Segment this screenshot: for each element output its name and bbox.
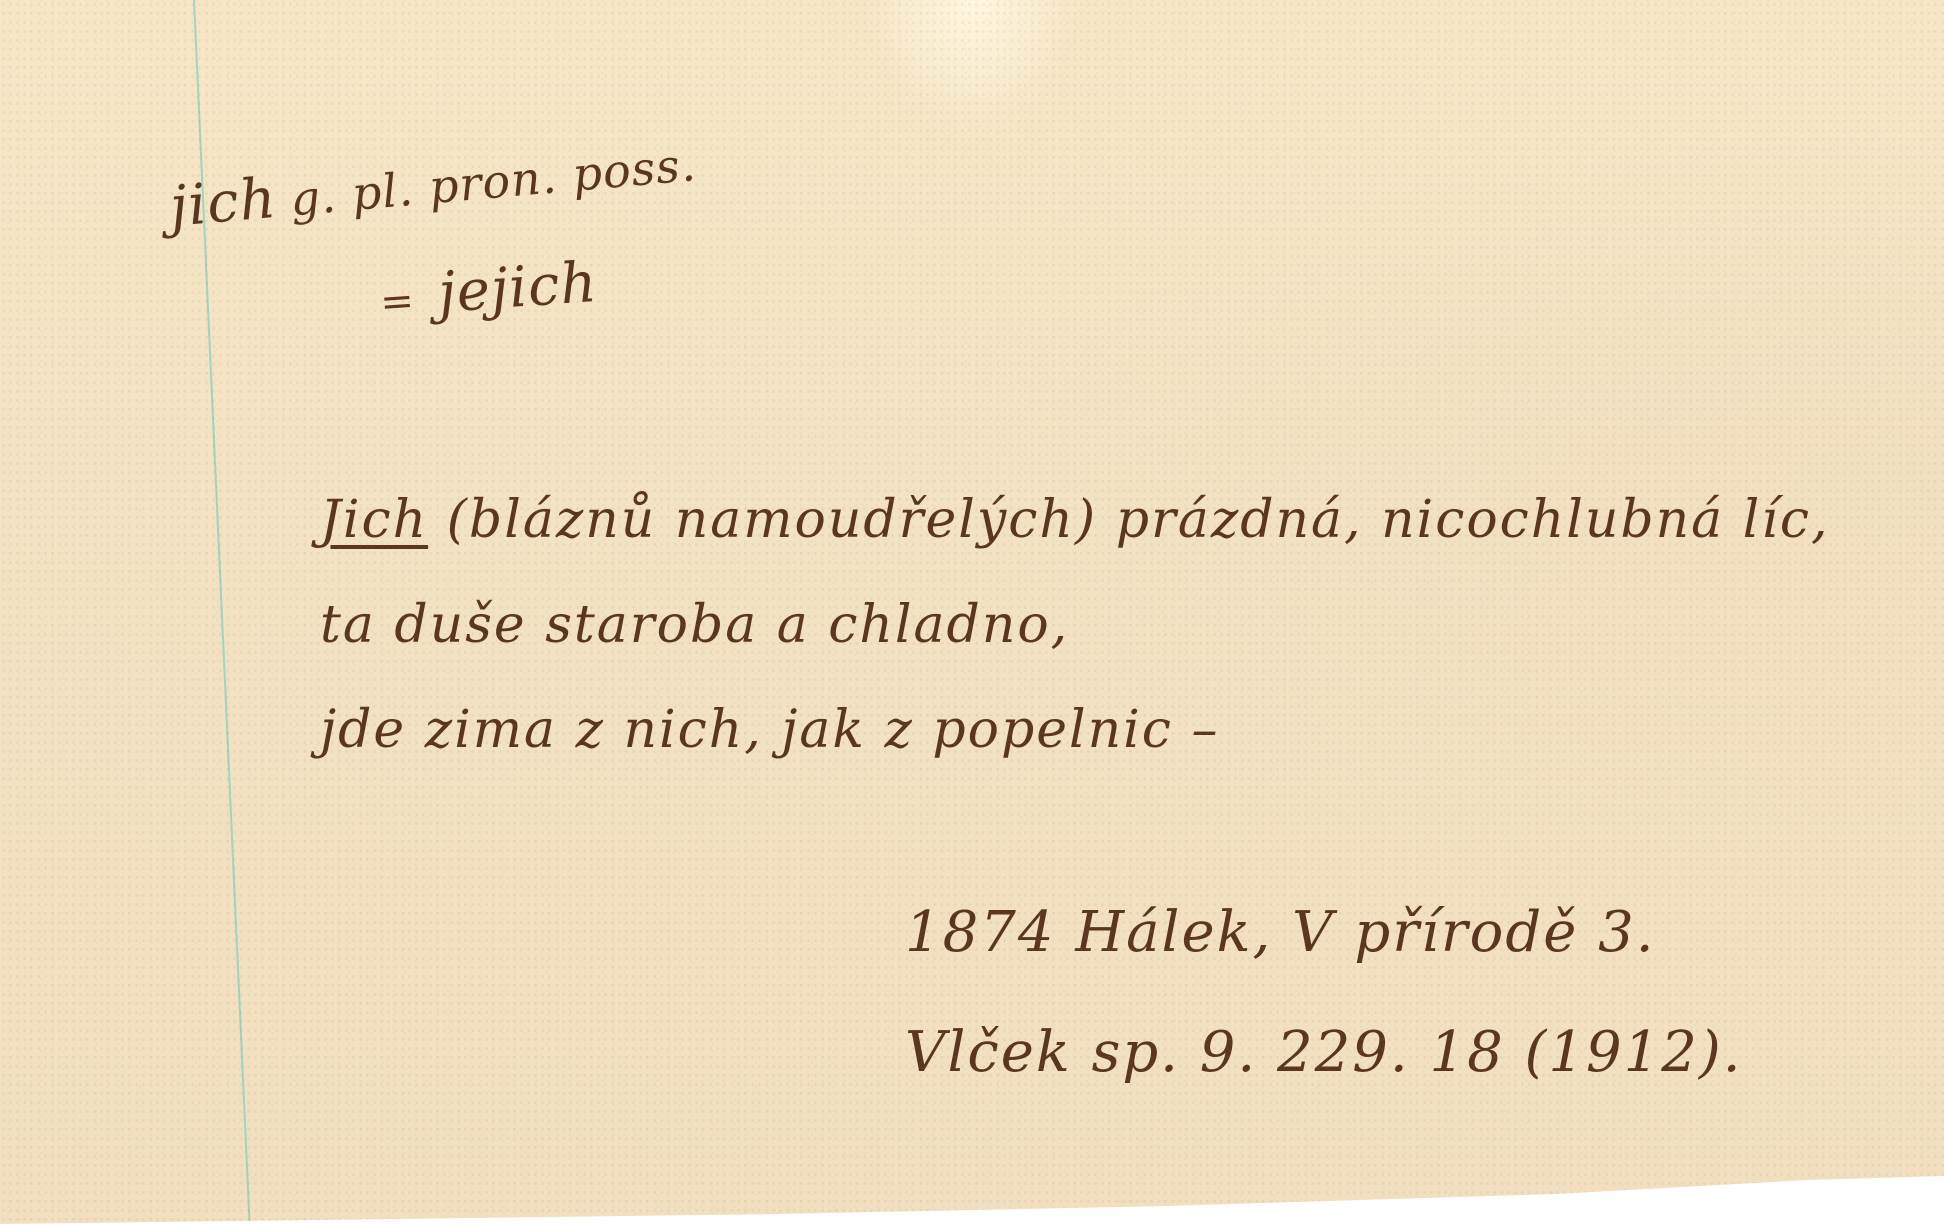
emphasized-headword: Jich [320, 490, 428, 550]
source-citation-2: Vlček sp. 9. 229. 18 (1912). [905, 1020, 1743, 1085]
quotation-line-2: ta duše staroba a chladno, [320, 595, 1069, 655]
grammatical-label: g. pl. pron. poss. [288, 137, 698, 226]
equals-sign: = [379, 278, 417, 326]
quotation-line-3: jde zima z nich, jak z popelnic – [320, 700, 1219, 760]
quotation-line-1: Jich (bláznů namoudřelých) prázdná, nico… [320, 490, 1830, 550]
index-card: jichg. pl. pron. poss. =jejich Jich (blá… [0, 0, 1944, 1224]
headword: jich [167, 166, 279, 240]
quotation-line-1-text: (bláznů namoudřelých) prázdná, nicochlub… [428, 490, 1829, 550]
entry-equivalent: =jejich [378, 250, 600, 330]
source-citation-1: 1874 Hálek, V přírodě 3. [905, 900, 1656, 965]
entry-heading: jichg. pl. pron. poss. [167, 129, 698, 240]
equivalent-word: jejich [436, 250, 599, 326]
